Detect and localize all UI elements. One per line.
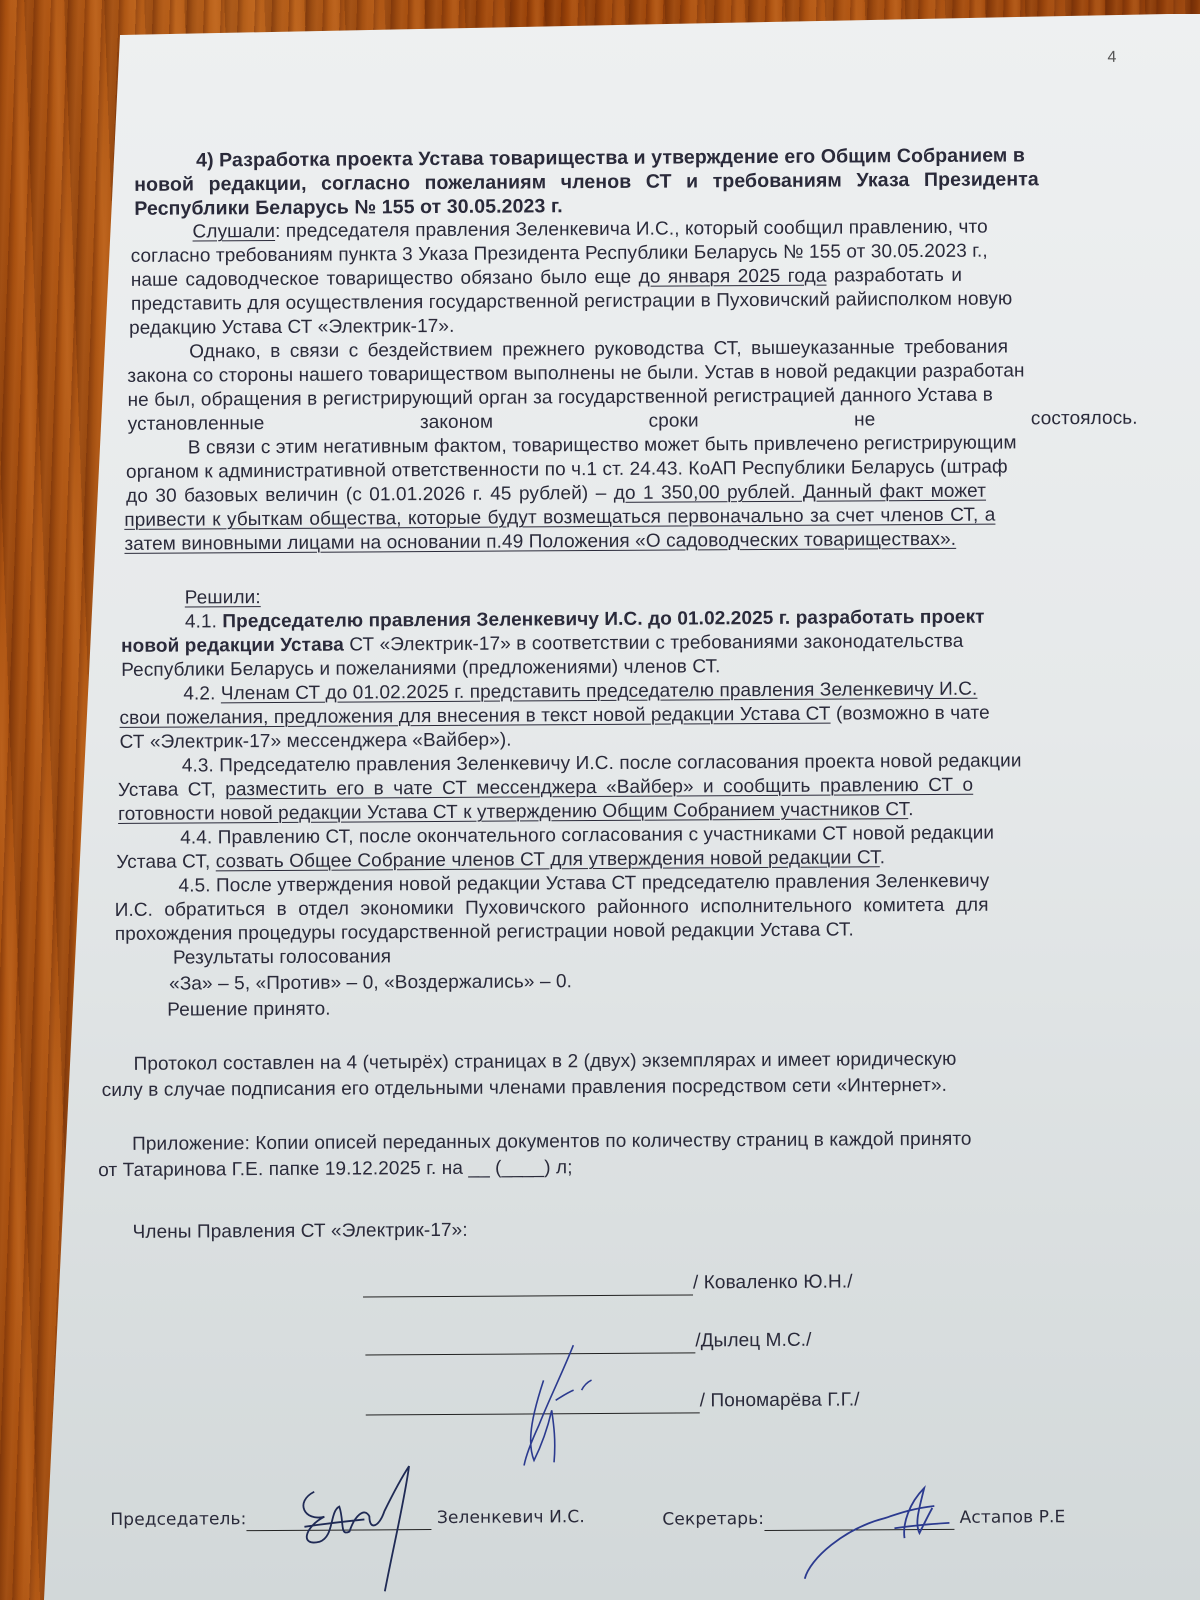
word: состоялось.: [1031, 407, 1138, 432]
decision-4-5-line-3: прохождения процедуры государственной ре…: [115, 918, 854, 947]
signature-row-kovalenko: / Коваленко Ю.Н./: [363, 1270, 853, 1297]
word: законом: [420, 411, 493, 435]
vote-title: Результаты голосования: [173, 945, 391, 970]
secretary-name: Астапов Р.Е: [960, 1507, 1066, 1528]
signature-row-ponomareva: / Пономарёва Г.Г./: [366, 1388, 860, 1415]
deadline-underlined: до января 2025 года: [639, 266, 827, 288]
member-name: /Дылец М.С./: [695, 1330, 811, 1352]
chairman-name: Зеленкевич И.С.: [437, 1507, 585, 1528]
chairman-signature-icon: [284, 1461, 445, 1600]
member-name: / Коваленко Ю.Н./: [693, 1271, 853, 1293]
item-number: 4.1.: [185, 611, 223, 632]
text: наше садоводческое товарищество обязано …: [131, 267, 639, 291]
heard-paragraph-line-5: редакцию Устава СТ «Электрик-17».: [129, 315, 454, 341]
underlined-text: свои пожелания, предложения для внесения…: [119, 704, 830, 729]
protocol-line-2: силу в случае подписания его отдельными …: [102, 1074, 947, 1103]
member-name: / Пономарёва Г.Г./: [700, 1389, 860, 1411]
page-number: 4: [1107, 49, 1116, 67]
handwritten-signature-icon: [503, 1340, 604, 1481]
protocol-line-1: Протокол составлен на 4 (четырёх) страни…: [134, 1048, 957, 1077]
text: (возможно в чате: [830, 703, 989, 725]
heard-label: Слушали: [192, 221, 275, 243]
decision-4-1-line-2: новой редакции Устава СТ «Электрик-17» в…: [121, 630, 964, 659]
decision-4-5-line-2: И.С. обратиться в отдел экономики Пухови…: [115, 894, 989, 923]
underlined-text: готовности новой редакции Устава СТ к ут…: [118, 799, 908, 825]
fine-underlined: до 1 350,00 рублей. Данный факт может: [614, 481, 986, 504]
document-content: 4 4) Разработка проекта Устава товарищес…: [0, 0, 1200, 1600]
decision-accepted: Решение принято.: [167, 998, 331, 1023]
word: сроки: [649, 409, 699, 433]
decision-4-2-line-3: СТ «Электрик-17» мессенджера «Вайбер»).: [120, 729, 512, 755]
heard-paragraph-line-4: представить для осуществления государств…: [131, 287, 1013, 316]
text: разработать и: [826, 265, 962, 287]
board-members-title: Члены Правления СТ «Электрик-17»:: [133, 1219, 468, 1245]
signature-line: [363, 1276, 693, 1297]
section-heading-line-3: Республики Беларусь № 155 от 30.05.2023 …: [134, 194, 562, 221]
text: до 30 базовых величин (с 01.01.2026 г. 4…: [126, 483, 614, 507]
vote-results: «За» – 5, «Против» – 0, «Воздержались» –…: [169, 970, 572, 996]
underlined-text: Членам СТ до 01.02.2025 г. представить п…: [221, 679, 978, 705]
text: СТ «Электрик-17» в соответствии с требов…: [344, 631, 964, 656]
bold-text: новой редакции Устава: [121, 635, 344, 657]
section-heading-line-2: новой редакции, согласно пожеланиям член…: [134, 167, 1039, 197]
heard-text: : председателя правления Зеленкевича И.С…: [275, 217, 988, 242]
decision-4-1-line-3: Республики Беларусь и пожеланиями (предл…: [121, 655, 720, 683]
text: Устава СТ,: [116, 851, 215, 873]
appendix-line-1: Приложение: Копии описей переданных доку…: [132, 1128, 972, 1157]
word: не: [854, 408, 875, 432]
underlined-text: созвать Общее Собрание членов СТ для утв…: [216, 847, 880, 872]
paragraph-3-line-5: затем виновными лицами на основании п.49…: [124, 528, 956, 557]
text: Устава СТ,: [118, 779, 225, 801]
chairman-label: Председатель:: [110, 1509, 246, 1530]
appendix-line-2: от Татаринова Г.Е. папке 19.12.2025 г. н…: [98, 1156, 572, 1183]
item-number: 4.2.: [183, 683, 221, 704]
secretary-label: Секретарь:: [662, 1509, 764, 1530]
word: установленные: [128, 412, 265, 437]
secretary-signature-icon: [784, 1478, 965, 1589]
decided-label: Решили:: [185, 586, 261, 610]
bold-text: Председателю правления Зеленкевичу И.С. …: [222, 607, 984, 633]
underlined-text: разместить его в чате СТ мессенджера «Ва…: [225, 775, 973, 801]
decision-4-2-line-2: свои пожелания, предложения для внесения…: [119, 702, 989, 731]
